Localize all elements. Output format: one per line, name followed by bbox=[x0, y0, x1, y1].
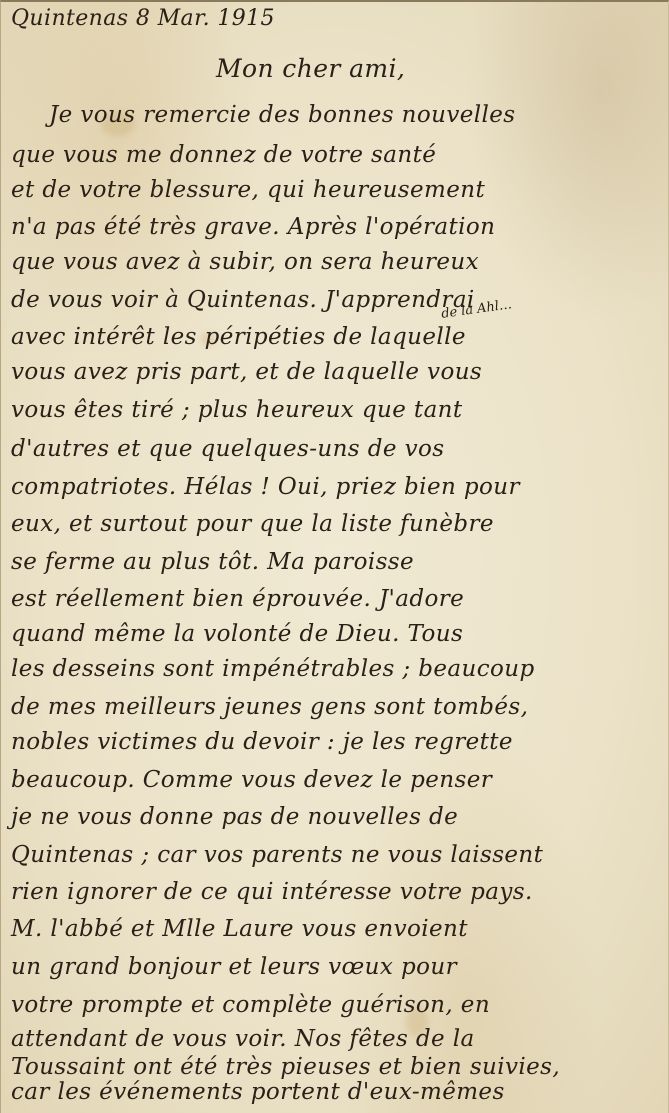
letter-line: nobles victimes du devoir : je les regre… bbox=[11, 727, 662, 757]
letter-line: avec intérêt les péripéties de laquelle bbox=[11, 322, 662, 352]
letter-line: que vous avez à subir, on sera heureux bbox=[11, 247, 662, 277]
salutation: Mon cher ami, bbox=[216, 54, 662, 84]
letter-line: un grand bonjour et leurs vœux pour bbox=[11, 952, 662, 982]
letter-line: de vous voir à Quintenas. J'apprendrai bbox=[11, 285, 662, 315]
letter-line: beaucoup. Comme vous devez le penser bbox=[11, 765, 662, 795]
letter-line: est réellement bien éprouvée. J'adore bbox=[11, 584, 662, 614]
letter-line: eux, et surtout pour que la liste funèbr… bbox=[11, 509, 662, 539]
letter-line: votre prompte et complète guérison, en bbox=[11, 990, 662, 1020]
letter-line: d'autres et que quelques-uns de vos bbox=[11, 434, 662, 464]
letter-line: attendant de vous voir. Nos fêtes de la bbox=[11, 1024, 662, 1054]
letter-page: Quintenas 8 Mar. 1915 Mon cher ami, de l… bbox=[0, 0, 669, 1113]
letter-line: se ferme au plus tôt. Ma paroisse bbox=[11, 547, 662, 577]
letter-line: je ne vous donne pas de nouvelles de bbox=[11, 802, 662, 832]
letter-line: et de votre blessure, qui heureusement bbox=[11, 175, 662, 205]
letter-line: les desseins sont impénétrables ; beauco… bbox=[11, 654, 662, 684]
letter-line: quand même la volonté de Dieu. Tous bbox=[11, 619, 662, 649]
letter-line: Je vous remercie des bonnes nouvelles bbox=[49, 100, 662, 130]
letter-line: n'a pas été très grave. Après l'opératio… bbox=[11, 212, 662, 242]
letter-line: rien ignorer de ce qui intéresse votre p… bbox=[11, 877, 662, 907]
letter-line: vous avez pris part, et de laquelle vous bbox=[11, 357, 662, 387]
letter-line: vous êtes tiré ; plus heureux que tant bbox=[11, 395, 662, 425]
letter-line: Quintenas ; car vos parents ne vous lais… bbox=[11, 840, 662, 870]
letter-line: que vous me donnez de votre santé bbox=[11, 140, 662, 170]
letter-line: car les événements portent d'eux-mêmes bbox=[11, 1077, 662, 1107]
letter-line: compatriotes. Hélas ! Oui, priez bien po… bbox=[11, 472, 662, 502]
letter-line: de mes meilleurs jeunes gens sont tombés… bbox=[11, 692, 662, 722]
place-date-heading: Quintenas 8 Mar. 1915 bbox=[11, 4, 662, 34]
letter-line: M. l'abbé et Mlle Laure vous envoient bbox=[11, 914, 662, 944]
